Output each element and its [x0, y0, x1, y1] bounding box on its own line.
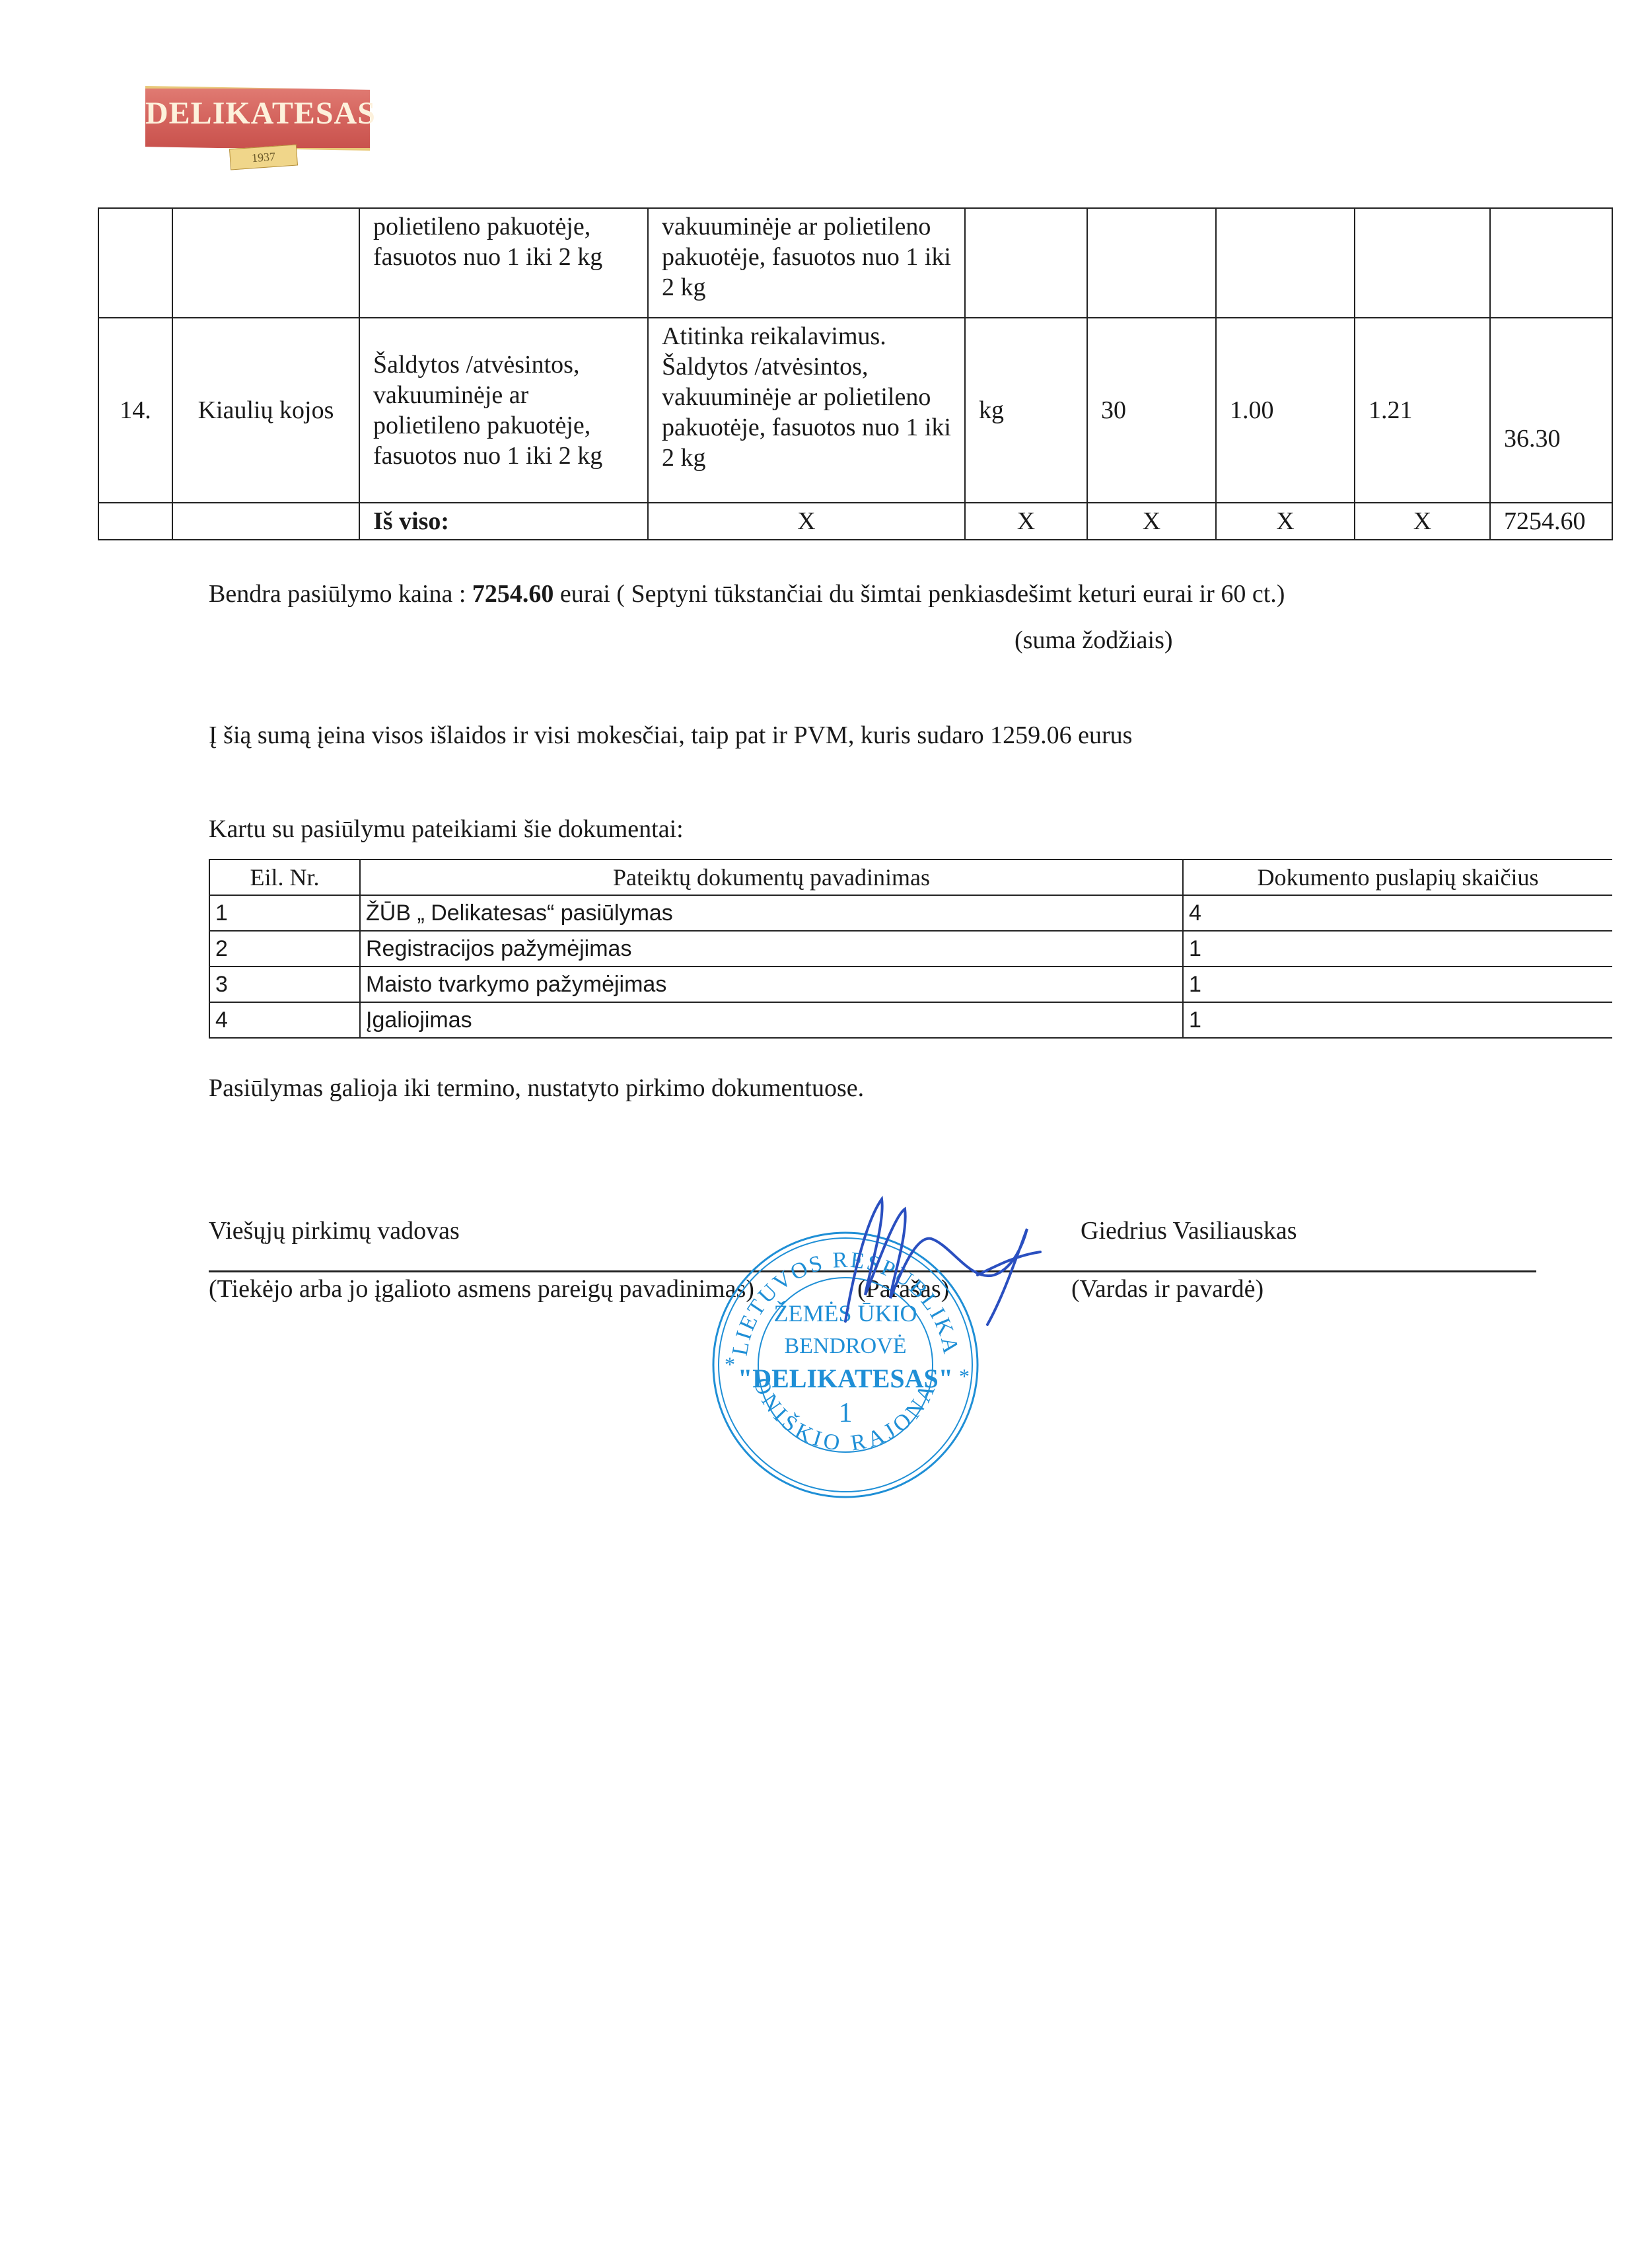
- price-label: Bendra pasiūlymo kaina :: [209, 580, 472, 608]
- words-caption: (suma žodžiais): [1015, 625, 1173, 655]
- doc-pages: 1: [1183, 967, 1612, 1002]
- vat-note: Į šią sumą įeina visos išlaidos ir visi …: [209, 720, 1132, 750]
- stamp-line-3: "DELIKATESAS": [738, 1364, 953, 1393]
- documents-header-row: Eil. Nr. Pateiktų dokumentų pavadinimas …: [209, 860, 1612, 895]
- name-caption: (Vardas ir pavardė): [1071, 1274, 1264, 1304]
- document-row: 4 Įgaliojimas 1: [209, 1002, 1612, 1038]
- x-mark: X: [965, 503, 1087, 540]
- documents-table: Eil. Nr. Pateiktų dokumentų pavadinimas …: [209, 859, 1612, 1039]
- table-total-row: Iš viso: X X X X X 7254.60: [98, 503, 1612, 540]
- cell-offered-spec: Atitinka reikalavimus. Šaldytos /atvėsin…: [648, 318, 965, 503]
- x-mark: X: [1355, 503, 1490, 540]
- doc-no: 1: [209, 895, 360, 931]
- doc-pages: 4: [1183, 895, 1612, 931]
- cell-total: 36.30: [1490, 318, 1612, 503]
- signer-name: Giedrius Vasiliauskas: [1081, 1216, 1297, 1246]
- header-pages: Dokumento puslapių skaičius: [1183, 860, 1612, 895]
- cell-no: 14.: [98, 318, 172, 503]
- offer-table: polietileno pakuotėje, fasuotos nuo 1 ik…: [98, 207, 1613, 540]
- table-row: 14. Kiaulių kojos Šaldytos /atvėsintos, …: [98, 318, 1612, 503]
- x-mark: X: [1216, 503, 1355, 540]
- doc-name: ŽŪB „ Delikatesas“ pasiūlymas: [360, 895, 1183, 931]
- cell-product: [172, 208, 359, 318]
- doc-name: Įgaliojimas: [360, 1002, 1183, 1038]
- cell-empty: [98, 503, 172, 540]
- cell-product: Kiaulių kojos: [172, 318, 359, 503]
- document-row: 1 ŽŪB „ Delikatesas“ pasiūlymas 4: [209, 895, 1612, 931]
- cell-offered-spec: vakuuminėje ar polietileno pakuotėje, fa…: [648, 208, 965, 318]
- doc-name: Maisto tvarkymo pažymėjimas: [360, 967, 1183, 1002]
- cell-price-incl-vat: 1.21: [1355, 318, 1490, 503]
- logo-year-ribbon: 1937: [229, 144, 298, 170]
- cell-quantity: [1087, 208, 1216, 318]
- cell-required-spec: Šaldytos /atvėsintos, vakuuminėje ar pol…: [359, 318, 648, 503]
- handwritten-signature-icon: [819, 1183, 1044, 1335]
- cell-unit: kg: [965, 318, 1087, 503]
- cell-price-excl-vat: 1.00: [1216, 318, 1355, 503]
- cell-required-spec: polietileno pakuotėje, fasuotos nuo 1 ik…: [359, 208, 648, 318]
- stamp-line-2: BENDROVĖ: [784, 1334, 906, 1358]
- cell-empty: [172, 503, 359, 540]
- doc-no: 4: [209, 1002, 360, 1038]
- total-price-line: Bendra pasiūlymo kaina : 7254.60 eurai (…: [209, 579, 1285, 609]
- cell-no: [98, 208, 172, 318]
- doc-pages: 1: [1183, 1002, 1612, 1038]
- svg-text:*: *: [959, 1364, 970, 1388]
- cell-price-excl-vat: [1216, 208, 1355, 318]
- header-no: Eil. Nr.: [209, 860, 360, 895]
- doc-no: 2: [209, 931, 360, 967]
- signer-position: Viešųjų pirkimų vadovas: [209, 1216, 460, 1246]
- cell-quantity: 30: [1087, 318, 1216, 503]
- doc-no: 3: [209, 967, 360, 1002]
- price-in-words: eurai ( Septyni tūkstančiai du šimtai pe…: [553, 580, 1285, 608]
- price-value: 7254.60: [472, 580, 554, 608]
- cell-unit: [965, 208, 1087, 318]
- doc-pages: 1: [1183, 931, 1612, 967]
- total-label: Iš viso:: [359, 503, 648, 540]
- header-name: Pateiktų dokumentų pavadinimas: [360, 860, 1183, 895]
- documents-intro: Kartu su pasiūlymu pateikiami šie dokume…: [209, 814, 684, 844]
- validity-note: Pasiūlymas galioja iki termino, nustatyt…: [209, 1073, 864, 1103]
- svg-text:*: *: [725, 1352, 735, 1376]
- cell-price-incl-vat: [1355, 208, 1490, 318]
- company-logo: DELIKATESAS 1937: [145, 86, 370, 152]
- doc-name: Registracijos pažymėjimas: [360, 931, 1183, 967]
- table-row: polietileno pakuotėje, fasuotos nuo 1 ik…: [98, 208, 1612, 318]
- logo-brand-text: DELIKATESAS: [145, 95, 370, 131]
- x-mark: X: [648, 503, 965, 540]
- position-caption: (Tiekėjo arba jo įgalioto asmens pareigų…: [209, 1274, 754, 1304]
- document-row: 2 Registracijos pažymėjimas 1: [209, 931, 1612, 967]
- document-row: 3 Maisto tvarkymo pažymėjimas 1: [209, 967, 1612, 1002]
- stamp-number: 1: [839, 1398, 853, 1428]
- x-mark: X: [1087, 503, 1216, 540]
- cell-total: [1490, 208, 1612, 318]
- grand-total: 7254.60: [1490, 503, 1612, 540]
